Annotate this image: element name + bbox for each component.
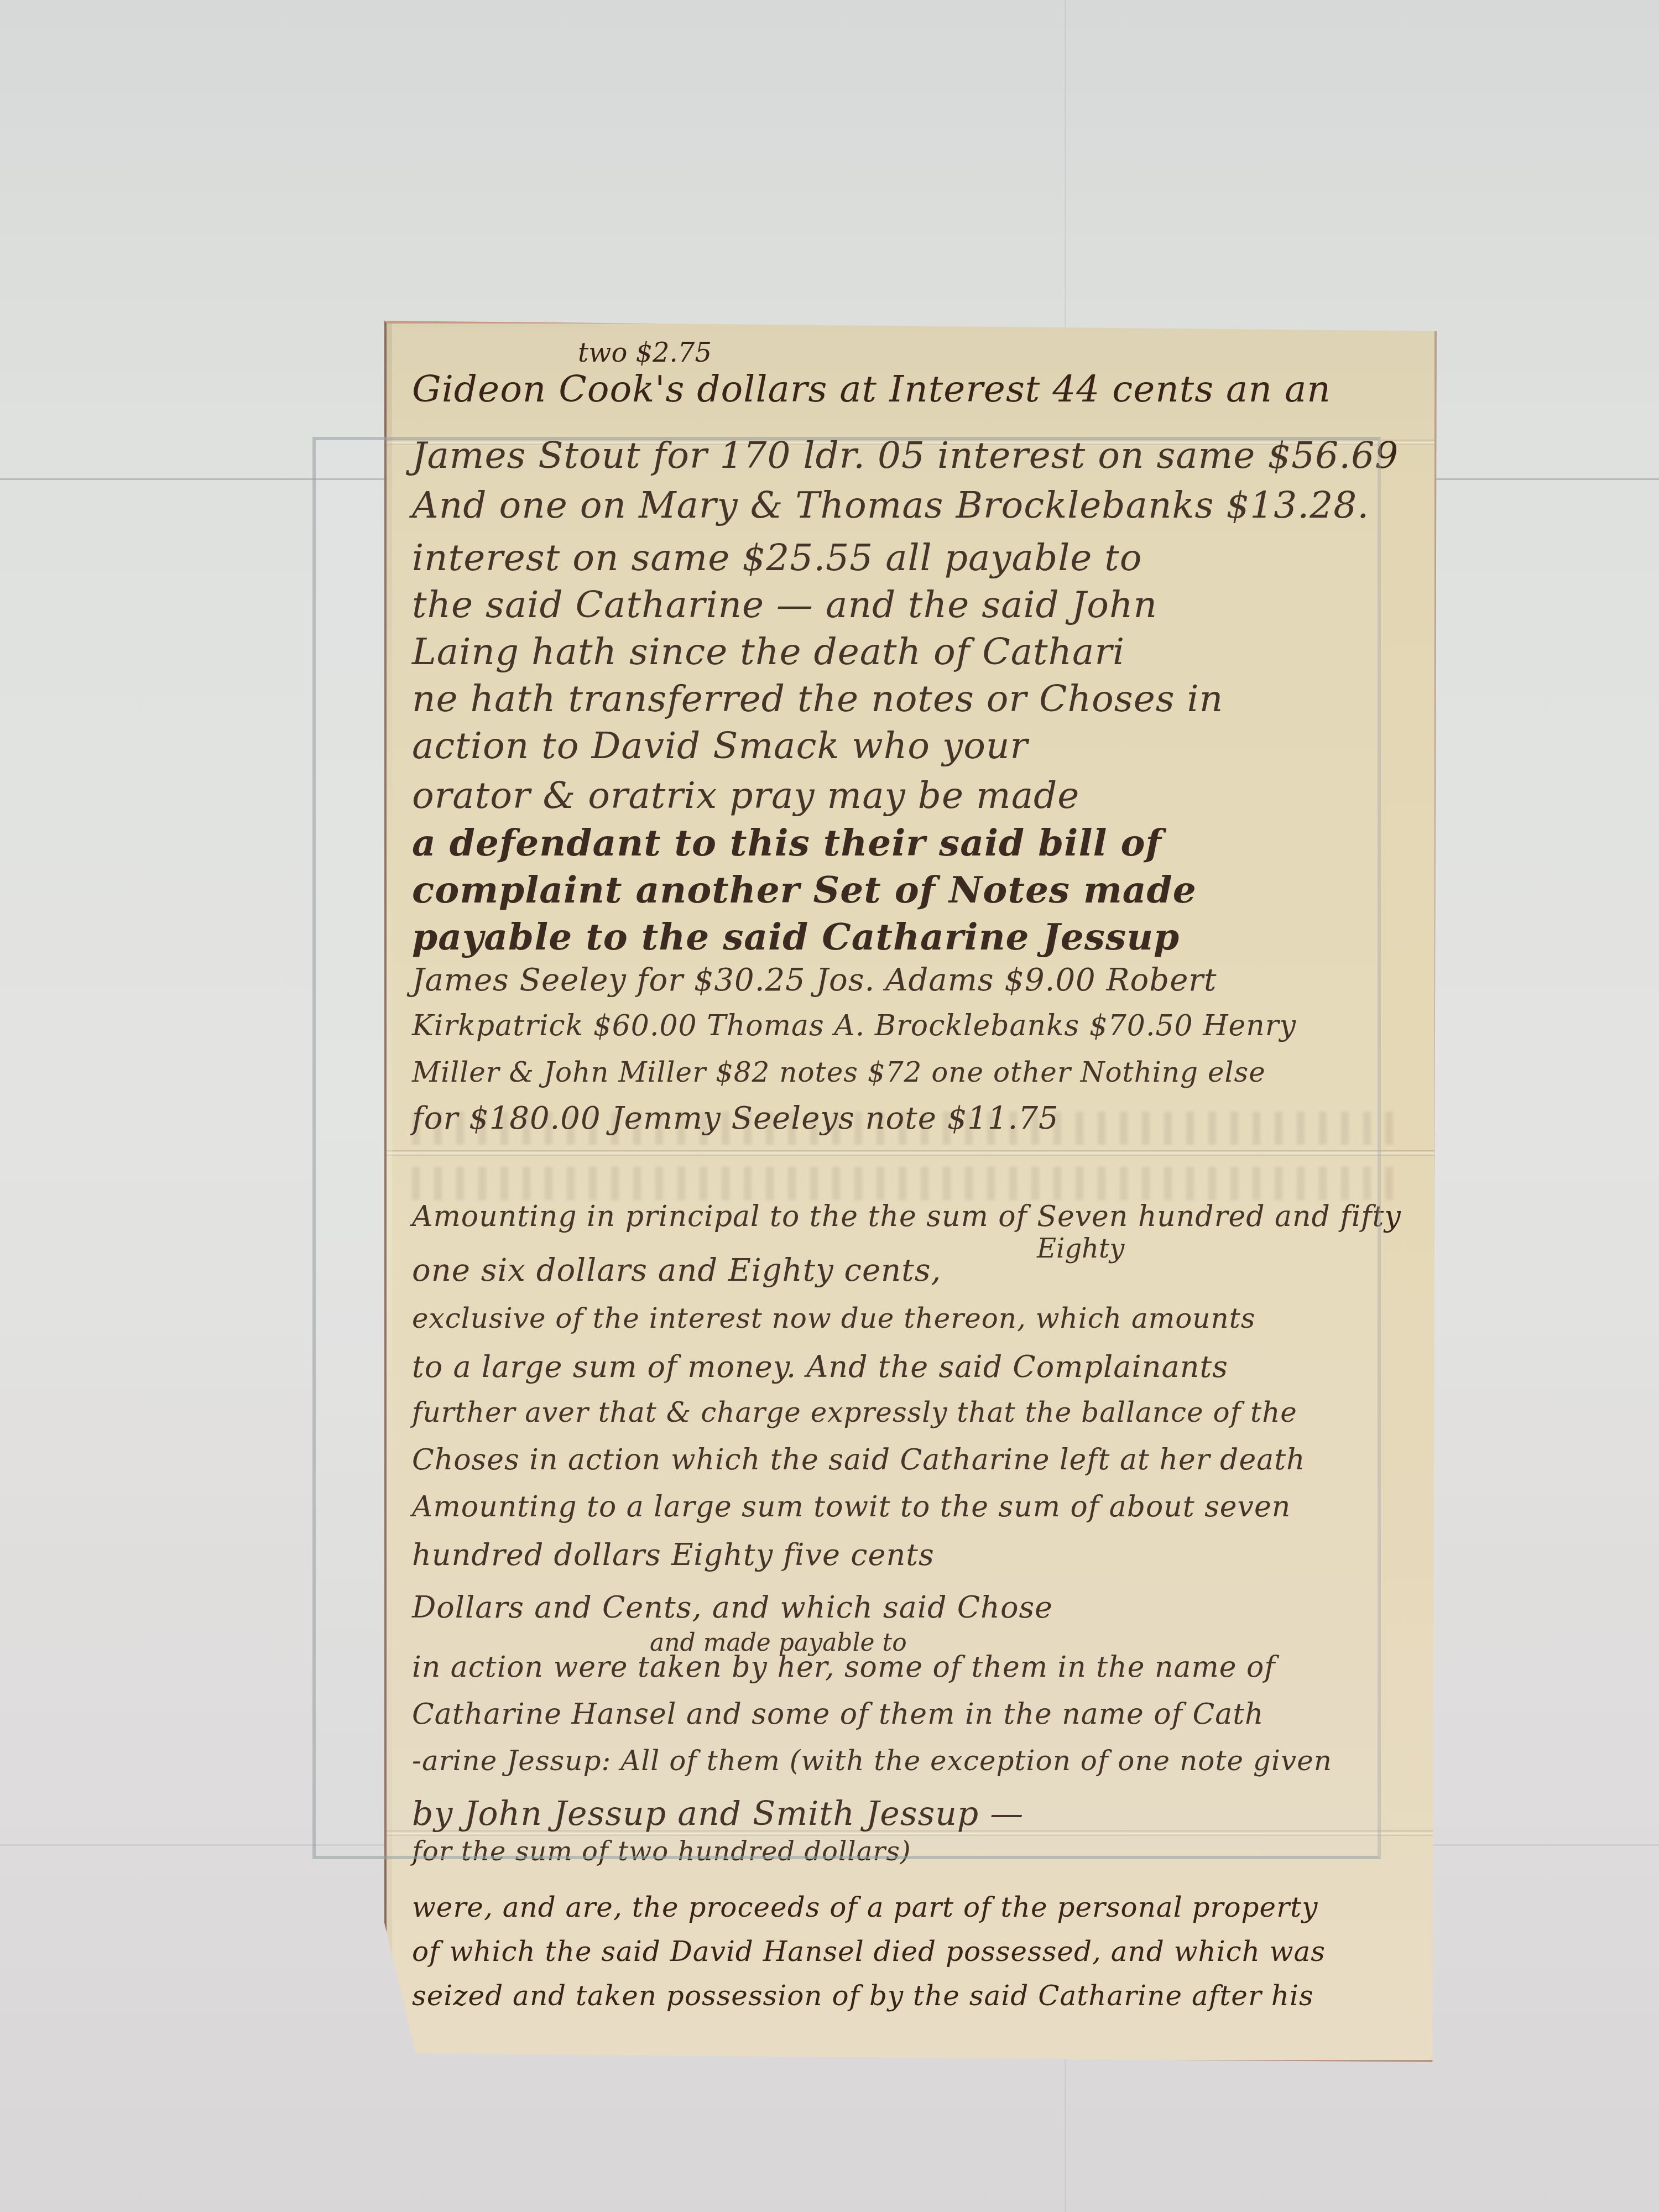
text-line: action to David Smack who your — [412, 724, 1028, 767]
paper-fold-middle — [387, 1150, 1434, 1156]
text-line: exclusive of the interest now due thereo… — [412, 1302, 1255, 1334]
ink-bleed-through — [412, 1167, 1396, 1200]
text-line: Catharine Hansel and some of them in the… — [412, 1698, 1264, 1731]
text-line: interest on same $25.55 all payable to — [412, 536, 1142, 579]
text-line: Amounting to a large sum towit to the su… — [412, 1490, 1291, 1524]
text-line: And one on Mary & Thomas Brocklebanks $1… — [412, 484, 1369, 526]
text-line: Laing hath since the death of Cathari — [412, 630, 1125, 673]
text-line: to a large sum of money. And the said Co… — [412, 1349, 1228, 1384]
text-line: seized and taken possession of by the sa… — [412, 1980, 1314, 2012]
text-line: hundred dollars Eighty five cents — [412, 1537, 935, 1572]
text-line: ne hath transferred the notes or Choses … — [412, 677, 1223, 720]
text-line: for the sum of two hundred dollars) — [412, 1836, 911, 1867]
text-line: a defendant to this their said bill of — [412, 821, 1162, 864]
text-line: for $180.00 Jemmy Seeleys note $11.75 — [412, 1100, 1059, 1136]
interlineation: Eighty — [1037, 1233, 1124, 1264]
text-line: by John Jessup and Smith Jessup — — [412, 1794, 1024, 1833]
text-line: Amounting in principal to the the sum of… — [412, 1200, 1401, 1233]
text-line: payable to the said Catharine Jessup — [412, 915, 1180, 958]
paper-fold-vertical — [387, 324, 392, 2060]
text-line: of which the said David Hansel died poss… — [412, 1936, 1326, 1968]
text-line: complaint another Set of Notes made — [412, 868, 1197, 911]
text-line: Gideon Cook's dollars at Interest 44 cen… — [412, 368, 1331, 410]
text-line: were, and are, the proceeds of a part of… — [412, 1891, 1318, 1923]
text-line: -arine Jessup: All of them (with the exc… — [412, 1745, 1332, 1777]
text-line: James Seeley for $30.25 Jos. Adams $9.00… — [412, 962, 1217, 998]
text-line: orator & oratrix pray may be made — [412, 774, 1079, 817]
text-line: Dollars and Cents, and which said Chose — [412, 1590, 1053, 1625]
text-line: further aver that & charge expressly tha… — [412, 1396, 1297, 1428]
text-line: one six dollars and Eighty cents, — [412, 1253, 941, 1288]
text-line: Choses in action which the said Catharin… — [412, 1443, 1306, 1477]
text-line: James Stout for 170 ldr. 05 interest on … — [412, 434, 1399, 477]
text-line: Miller & John Miller $82 notes $72 one o… — [412, 1056, 1266, 1088]
text-line: Kirkpatrick $60.00 Thomas A. Brocklebank… — [412, 1009, 1296, 1042]
interlineation: two $2.75 — [578, 337, 712, 368]
text-line: in action were taken by her, some of the… — [412, 1651, 1276, 1684]
text-line: the said Catharine — and the said John — [412, 583, 1157, 626]
